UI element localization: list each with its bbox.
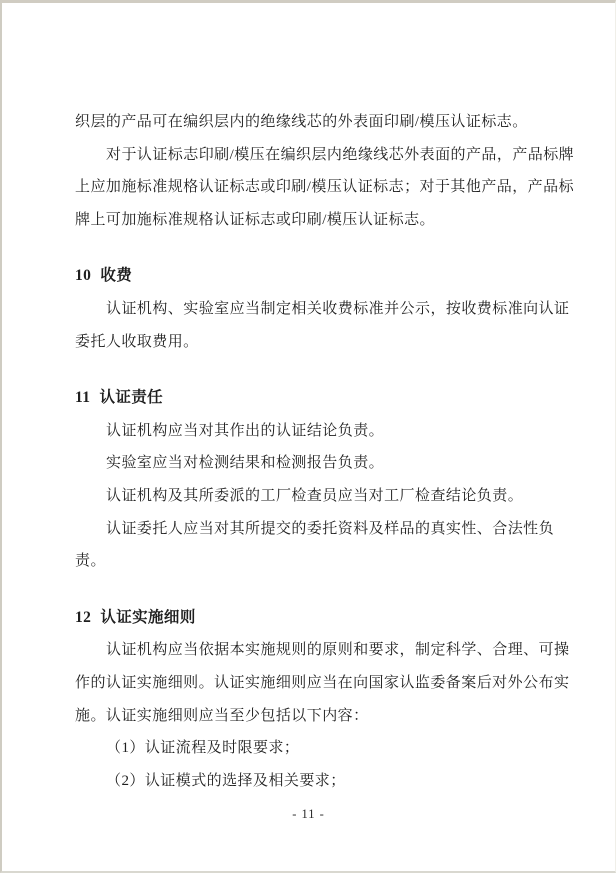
section-heading: 11认证责任: [75, 382, 559, 415]
document-page: 织层的产品可在编织层内的绝缘线芯的外表面印刷/模压认证标志。对于认证标志印刷/模…: [0, 0, 616, 873]
section-title: 认证责任: [99, 389, 163, 406]
text-line: 作的认证实施细则。认证实施细则应当在向国家认监委备案后对外公布实: [75, 667, 559, 700]
text-line: 施。认证实施细则应当至少包括以下内容：: [75, 700, 559, 733]
paragraph: 实验室应当对检测结果和检测报告负责。: [75, 447, 559, 480]
paragraph: 认证委托人应当对其所提交的委托资料及样品的真实性、合法性负责。: [75, 513, 559, 578]
section-number: 10: [75, 267, 91, 284]
section-number: 11: [75, 389, 90, 406]
page-number: - 11 -: [2, 807, 615, 822]
text-line: 对于认证标志印刷/模压在编织层内绝缘线芯外表面的产品，产品标牌: [75, 139, 559, 172]
document-body: 织层的产品可在编织层内的绝缘线芯的外表面印刷/模压认证标志。对于认证标志印刷/模…: [75, 106, 559, 797]
list-item: （2）认证模式的选择及相关要求；: [75, 765, 559, 798]
text-line: 认证机构应当对其作出的认证结论负责。: [75, 415, 559, 448]
paragraph: 认证机构及其所委派的工厂检查员应当对工厂检查结论负责。: [75, 480, 559, 513]
paragraph: 对于认证标志印刷/模压在编织层内绝缘线芯外表面的产品，产品标牌上应加施标准规格认…: [75, 139, 559, 237]
section-heading: 10收费: [75, 260, 559, 293]
section-number: 12: [75, 609, 91, 626]
text-line: 委托人收取费用。: [75, 326, 559, 359]
text-line: 上应加施标准规格认证标志或印刷/模压认证标志；对于其他产品，产品标: [75, 171, 559, 204]
text-line: 认证机构、实验室应当制定相关收费标准并公示，按收费标准向认证: [75, 293, 559, 326]
text-line: （2）认证模式的选择及相关要求；: [75, 765, 559, 798]
paragraph: 织层的产品可在编织层内的绝缘线芯的外表面印刷/模压认证标志。: [75, 106, 559, 139]
section-heading: 12认证实施细则: [75, 602, 559, 635]
text-line: 认证机构应当依据本实施规则的原则和要求，制定科学、合理、可操: [75, 634, 559, 667]
text-line: 认证委托人应当对其所提交的委托资料及样品的真实性、合法性负: [75, 513, 559, 546]
text-line: 牌上可加施标准规格认证标志或印刷/模压认证标志。: [75, 204, 559, 237]
text-line: 认证机构及其所委派的工厂检查员应当对工厂检查结论负责。: [75, 480, 559, 513]
paragraph: 认证机构、实验室应当制定相关收费标准并公示，按收费标准向认证委托人收取费用。: [75, 293, 559, 358]
section-title: 收费: [100, 267, 132, 284]
text-line: （1）认证流程及时限要求；: [75, 732, 559, 765]
section-title: 认证实施细则: [100, 609, 195, 626]
list-item: （1）认证流程及时限要求；: [75, 732, 559, 765]
text-line: 实验室应当对检测结果和检测报告负责。: [75, 447, 559, 480]
paragraph: 认证机构应当依据本实施规则的原则和要求，制定科学、合理、可操作的认证实施细则。认…: [75, 634, 559, 732]
text-line: 责。: [75, 545, 559, 578]
text-line: 织层的产品可在编织层内的绝缘线芯的外表面印刷/模压认证标志。: [75, 106, 559, 139]
paragraph: 认证机构应当对其作出的认证结论负责。: [75, 415, 559, 448]
